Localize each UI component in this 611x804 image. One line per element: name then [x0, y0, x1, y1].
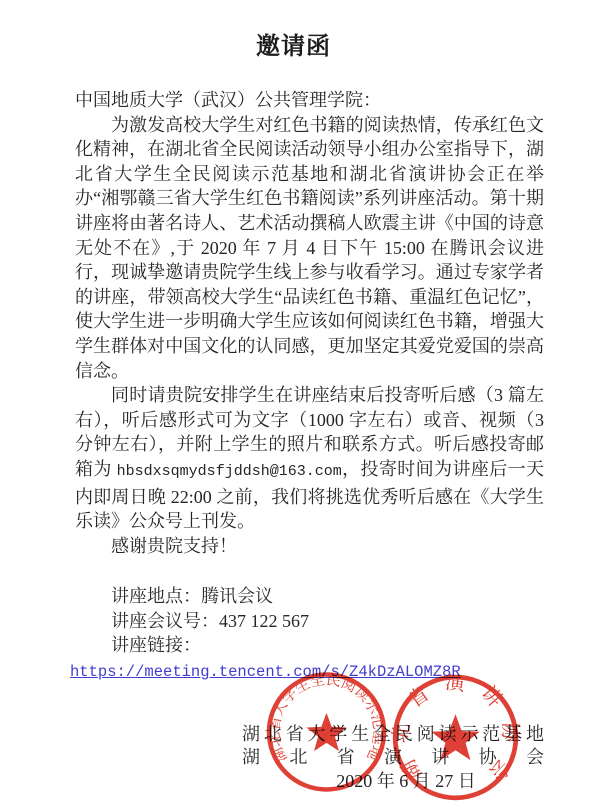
red-star-icon — [306, 713, 346, 751]
paragraph-1: 为激发高校大学生对红色书籍的阅读热情，传承红色文化精神，在湖北省全民阅读活动领导… — [75, 113, 544, 384]
recipient-line: 中国地质大学（武汉）公共管理学院： — [75, 88, 544, 113]
page-title: 邀请函 — [0, 0, 599, 61]
paragraph-2: 同时请贵院安排学生在讲座结束后投寄听后感（3 篇左右），听后感形式可为文字（10… — [75, 383, 544, 534]
meeting-location-line: 讲座地点：腾讯会议 — [75, 584, 544, 609]
meeting-details: 讲座地点：腾讯会议 讲座会议号：437 122 567 讲座链接： https:… — [75, 584, 544, 684]
reply-email-address: hbsdxsqmydsfjddsh@163.com — [117, 463, 342, 480]
meeting-link-label: 讲座链接： — [75, 633, 544, 658]
thanks-line: 感谢贵院支持！ — [75, 534, 544, 559]
meeting-id-line: 讲座会议号：437 122 567 — [75, 609, 544, 634]
red-star-icon — [431, 714, 479, 760]
invitation-letter-page: 邀请函 中国地质大学（武汉）公共管理学院： 为激发高校大学生对红色书籍的阅读热情… — [0, 0, 611, 804]
reading-base-seal-stamp: 湖北省大学生全民阅读示范基地 — [266, 671, 387, 793]
speech-association-seal-stamp: 湖北省演讲协会 — [390, 674, 521, 801]
